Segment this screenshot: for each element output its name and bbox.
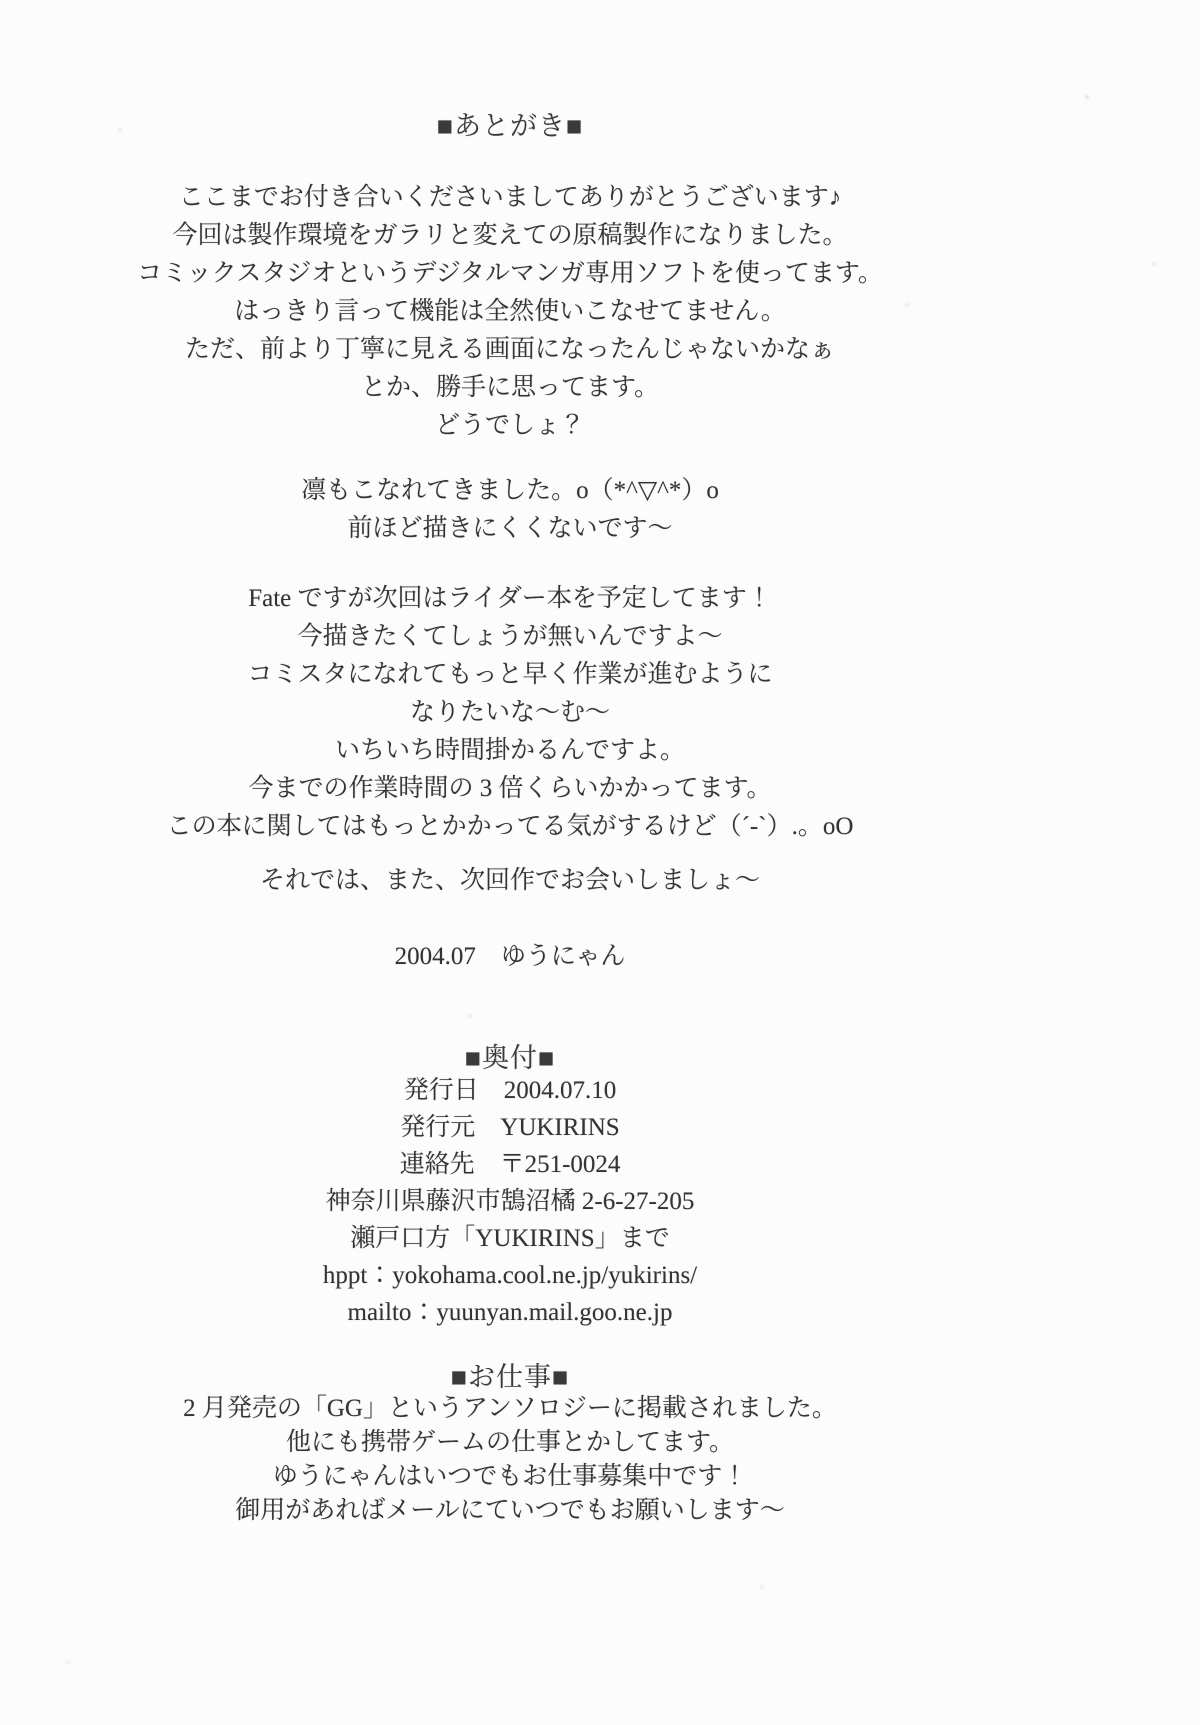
publisher-line: 発行元 YUKIRINS xyxy=(0,1109,1020,1146)
text-line: 今描きたくてしょうが無いんですよ〜 xyxy=(0,618,1020,656)
text-line: ここまでお付き合いくださいましてありがとうございます♪ xyxy=(0,179,1020,217)
text-line: コミスタになれてもっと早く作業が進むように xyxy=(0,656,1020,694)
afterword-paragraph-1: ここまでお付き合いくださいましてありがとうございます♪ 今回は製作環境をガラリと… xyxy=(0,179,1020,445)
contact-postal-line: 連絡先 〒251-0024 xyxy=(0,1146,1020,1183)
text-line: この本に関してはもっとかかってる気がするけど（´-`）.。oO xyxy=(0,808,1020,846)
text-line: 前ほど描きにくくないです〜 xyxy=(0,510,1020,548)
text-line: 今回は製作環境をガラリと変えての原稿製作になりました。 xyxy=(0,217,1020,255)
text-line: ゆうにゃんはいつでもお仕事募集中です！ xyxy=(0,1460,1020,1494)
text-line: Fate ですが次回はライダー本を予定してます！ xyxy=(0,580,1020,618)
signature-line: 2004.07 ゆうにゃん xyxy=(0,938,1020,976)
text-line: いちいち時間掛かるんですよ。 xyxy=(0,732,1020,770)
website-url-line: hppt：yokohama.cool.ne.jp/yukirins/ xyxy=(0,1257,1020,1294)
afterword-paragraph-2: 凛もこなれてきました。o（*^▽^*）o 前ほど描きにくくないです〜 xyxy=(0,472,1020,548)
scanned-afterword-page: ■あとがき■ ここまでお付き合いくださいましてありがとうございます♪ 今回は製作… xyxy=(0,0,1200,1725)
text-line: どうでしょ？ xyxy=(0,407,1020,445)
colophon-block: 発行日 2004.07.10 発行元 YUKIRINS 連絡先 〒251-002… xyxy=(0,1072,1020,1331)
text-line: 今までの作業時間の 3 倍くらいかかってます。 xyxy=(0,770,1020,808)
address-line: 神奈川県藤沢市鵠沼橘 2-6-27-205 xyxy=(0,1183,1020,1220)
scan-noise xyxy=(0,0,4,4)
closing-line: それでは、また、次回作でお会いしましょ〜 xyxy=(0,862,1020,900)
afterword-paragraph-3: Fate ですが次回はライダー本を予定してます！ 今描きたくてしょうが無いんです… xyxy=(0,580,1020,846)
work-block: 2 月発売の「GG」というアンソロジーに掲載されました。 他にも携帯ゲームの仕事… xyxy=(0,1392,1020,1528)
text-line: 凛もこなれてきました。o（*^▽^*）o xyxy=(0,472,1020,510)
text-line: コミックスタジオというデジタルマンガ専用ソフトを使ってます。 xyxy=(0,255,1020,293)
text-line: とか、勝手に思ってます。 xyxy=(0,369,1020,407)
afterword-heading: ■あとがき■ xyxy=(0,107,1020,145)
text-line: はっきり言って機能は全然使いこなせてません。 xyxy=(0,293,1020,331)
text-line: なりたいな〜む〜 xyxy=(0,694,1020,732)
email-line: mailto：yuunyan.mail.goo.ne.jp xyxy=(0,1294,1020,1331)
text-line: ただ、前より丁寧に見える画面になったんじゃないかなぁ xyxy=(0,331,1020,369)
text-line: 御用があればメールにていつでもお願いします〜 xyxy=(0,1494,1020,1528)
work-heading: ■お仕事■ xyxy=(0,1358,1020,1396)
text-line: 2 月発売の「GG」というアンソロジーに掲載されました。 xyxy=(0,1392,1020,1426)
text-line: 他にも携帯ゲームの仕事とかしてます。 xyxy=(0,1426,1020,1460)
publish-date-line: 発行日 2004.07.10 xyxy=(0,1072,1020,1109)
addressee-line: 瀬戸口方「YUKIRINS」まで xyxy=(0,1220,1020,1257)
